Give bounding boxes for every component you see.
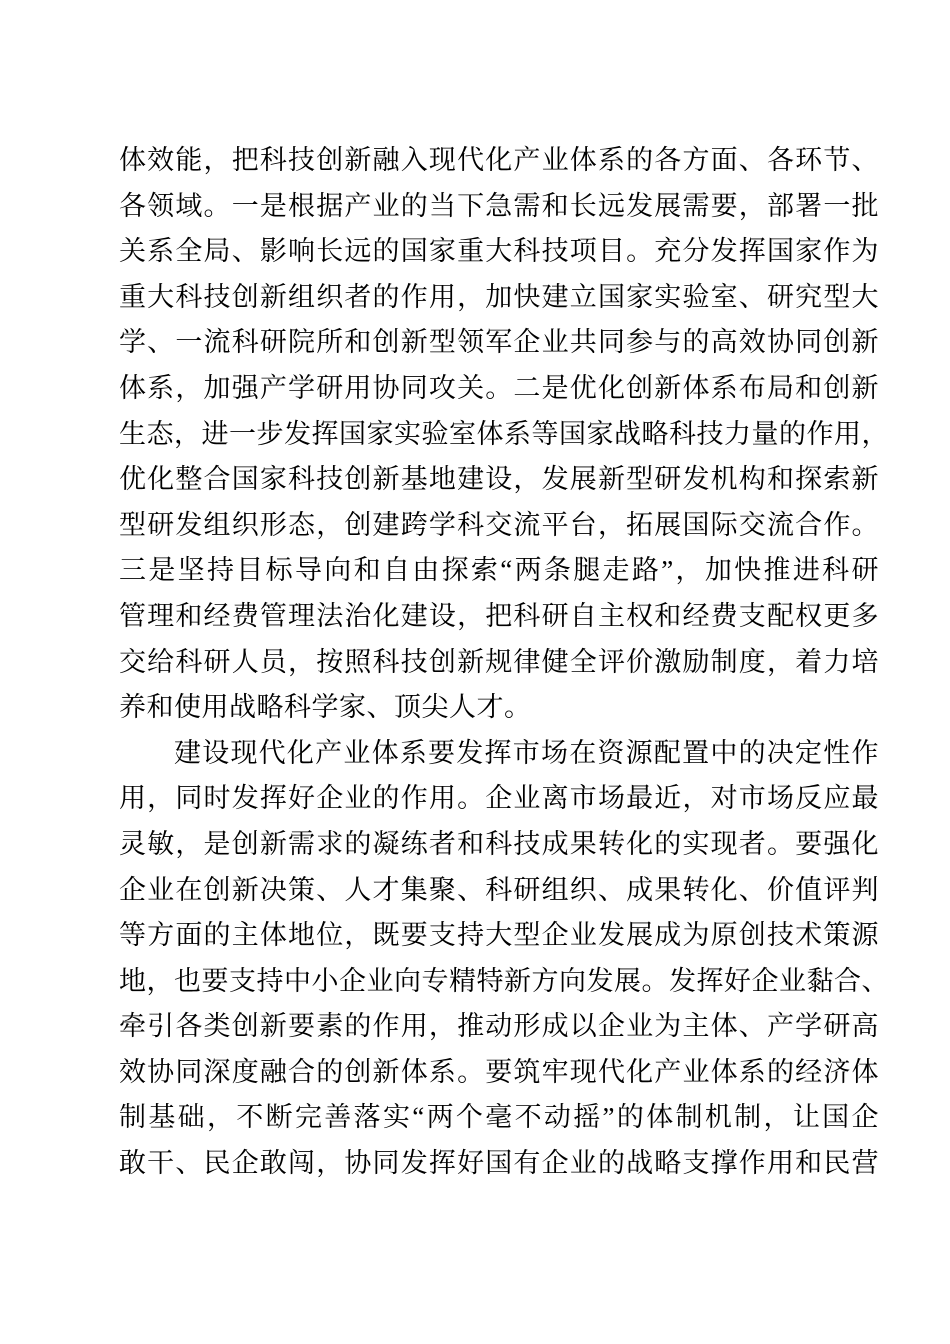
text-line: 建设现代化产业体系要发挥市场在资源配置中的决定性作 [119, 731, 879, 777]
text-line: 体系，加强产学研用协同攻关。二是优化创新体系布局和创新 [119, 366, 879, 412]
text-line: 各领域。一是根据产业的当下急需和长远发展需要，部署一批 [119, 184, 879, 230]
document-body: 体效能，把科技创新融入现代化产业体系的各方面、各环节、 各领域。一是根据产业的当… [119, 138, 879, 1187]
text-line: 生态，进一步发挥国家实验室体系等国家战略科技力量的作用， [119, 412, 879, 458]
text-line: 用，同时发挥好企业的作用。企业离市场最近，对市场反应最 [119, 776, 879, 822]
text-line: 重大科技创新组织者的作用，加快建立国家实验室、研究型大 [119, 275, 879, 321]
text-line: 敢干、民企敢闯，协同发挥好国有企业的战略支撑作用和民营 [119, 1141, 879, 1187]
text-line: 学、一流科研院所和创新型领军企业共同参与的高效协同创新 [119, 320, 879, 366]
text-line: 等方面的主体地位，既要支持大型企业发展成为原创技术策源 [119, 913, 879, 959]
paragraph: 体效能，把科技创新融入现代化产业体系的各方面、各环节、 各领域。一是根据产业的当… [119, 138, 879, 731]
document-page: 体效能，把科技创新融入现代化产业体系的各方面、各环节、 各领域。一是根据产业的当… [0, 0, 950, 1344]
text-line: 交给科研人员，按照科技创新规律健全评价激励制度，着力培 [119, 640, 879, 686]
text-line: 优化整合国家科技创新基地建设，发展新型研发机构和探索新 [119, 457, 879, 503]
text-line: 地，也要支持中小企业向专精特新方向发展。发挥好企业黏合、 [119, 959, 879, 1005]
text-line: 效协同深度融合的创新体系。要筑牢现代化产业体系的经济体 [119, 1050, 879, 1096]
text-line: 灵敏，是创新需求的凝练者和科技成果转化的实现者。要强化 [119, 822, 879, 868]
text-line: 制基础，不断完善落实“两个毫不动摇”的体制机制，让国企 [119, 1095, 879, 1141]
paragraph: 建设现代化产业体系要发挥市场在资源配置中的决定性作 用，同时发挥好企业的作用。企… [119, 731, 879, 1187]
text-line: 体效能，把科技创新融入现代化产业体系的各方面、各环节、 [119, 138, 879, 184]
text-line: 三是坚持目标导向和自由探索“两条腿走路”，加快推进科研 [119, 548, 879, 594]
text-line: 企业在创新决策、人才集聚、科研组织、成果转化、价值评判 [119, 868, 879, 914]
text-line: 牵引各类创新要素的作用，推动形成以企业为主体、产学研高 [119, 1004, 879, 1050]
text-line: 养和使用战略科学家、顶尖人才。 [119, 685, 879, 731]
text-line: 关系全局、影响长远的国家重大科技项目。充分发挥国家作为 [119, 229, 879, 275]
text-line: 管理和经费管理法治化建设，把科研自主权和经费支配权更多 [119, 594, 879, 640]
text-line: 型研发组织形态，创建跨学科交流平台，拓展国际交流合作。 [119, 503, 879, 549]
